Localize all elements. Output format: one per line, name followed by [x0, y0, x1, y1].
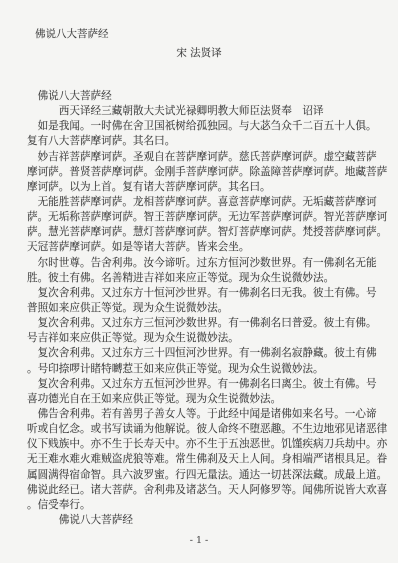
- text-line: 仪下贱族中。亦不生于长寿天中。亦不生于五浊恶世。饥馑疾病刀兵劫中。亦: [27, 437, 390, 452]
- text-line: 复有八大菩萨摩诃萨。其名曰。: [27, 134, 390, 149]
- text-line: 复次舍利弗。又过东方三恒河沙数世界。有一佛刹名曰普爱。彼土有佛。: [27, 316, 390, 331]
- text-line: 听或自忆念。或书写读诵为他解说。彼人命终不堕恶趣。不生边地邪见诸恶律: [27, 422, 390, 437]
- text-line: 。信受奉行。: [27, 498, 390, 513]
- text-line: 萨。慧光菩萨摩诃萨。慧灯菩萨摩诃萨。智灯菩萨摩诃萨。梵授菩萨摩诃萨。: [27, 225, 390, 240]
- text-line: 属圆满得宿命智。具六波罗蜜。行四无量法。通达一切甚深法藏。成最上道。: [27, 468, 390, 483]
- running-title: 佛说八大菩萨经: [35, 26, 109, 41]
- page-number: - 1 -: [0, 535, 398, 546]
- text-line: 佛说八大菩萨经: [27, 89, 390, 104]
- text-line: 喜功德光自在王如来应供正等觉。现为众生说微妙法。: [27, 392, 390, 407]
- text-line: 复次舍利弗。又过东方十恒河沙世界。有一佛刹名曰无我。彼土有佛。号: [27, 286, 390, 301]
- text-line: 西天译经三藏朝散大夫试光禄卿明教大师臣法贤奉 诏译: [27, 104, 390, 119]
- text-line: 无王难水难火难贼盗虎狼等难。常生佛刹及天上人间。身相端严诸根具足。眷: [27, 452, 390, 467]
- text-line: 尔时世尊。告舍利弗。汝今谛听。过东方恒河沙数世界。有一佛刹名无能: [27, 256, 390, 271]
- document-page: 佛说八大菩萨经 宋 法贤译 佛说八大菩萨经 西天译经三藏朝散大夫试光禄卿明教大师…: [0, 0, 398, 563]
- translator-attribution: 宋 法贤译: [0, 45, 398, 60]
- text-line: 佛说此经已。诸大菩萨。舍利弗及诸苾刍。天人阿修罗等。闻佛所说皆大欢喜: [27, 483, 390, 498]
- text-line: 佛告舍利弗。若有善男子善女人等。于此经中闻是诸佛如来名号。一心谛: [27, 407, 390, 422]
- text-line: 号吉祥如来应供正等觉。现为众生说微妙法。: [27, 331, 390, 346]
- closing-title: 佛说八大菩萨经: [27, 513, 390, 528]
- text-line: 无能胜菩萨摩诃萨。龙相菩萨摩诃萨。喜意菩萨摩诃萨。无垢藏菩萨摩诃: [27, 195, 390, 210]
- text-line: 如是我闻。一时佛在舍卫国祇树给孤独园。与大苾刍众千二百五十人俱。: [27, 119, 390, 134]
- text-line: 妙吉祥菩萨摩诃萨。圣观自在菩萨摩诃萨。慈氏菩萨摩诃萨。虚空藏菩萨: [27, 150, 390, 165]
- text-line: 天冠菩萨摩诃萨。如是等诸大菩萨。皆来会坐。: [27, 240, 390, 255]
- text-line: 复次舍利弗。又过东方三十四恒河沙世界。有一佛刹名寂静藏。彼土有佛: [27, 346, 390, 361]
- text-line: 复次舍利弗。又过东方五恒河沙世界。有一佛刹名曰离尘。彼土有佛。号: [27, 377, 390, 392]
- text-line: 摩诃萨。以为上首。复有诸大菩萨摩诃萨。其名曰。: [27, 180, 390, 195]
- text-line: 胜。彼土有佛。名善精进吉祥如来应正等觉。现为众生说微妙法。: [27, 271, 390, 286]
- text-line: 摩诃萨。普贤菩萨摩诃萨。金刚手菩萨摩诃萨。除盖障菩萨摩诃萨。地藏菩萨: [27, 165, 390, 180]
- text-line: 普照如来应供正等觉。现为众生说微妙法。: [27, 301, 390, 316]
- sutra-body: 佛说八大菩萨经 西天译经三藏朝散大夫试光禄卿明教大师臣法贤奉 诏译 如是我闻。一…: [27, 89, 390, 528]
- text-line: 。号印捺啰计睹特嚩惹王如来应供正等觉。现为众生说微妙法。: [27, 362, 390, 377]
- text-line: 萨。无垢称菩萨摩诃萨。智王菩萨摩诃萨。无边军菩萨摩诃萨。智光菩萨摩诃: [27, 210, 390, 225]
